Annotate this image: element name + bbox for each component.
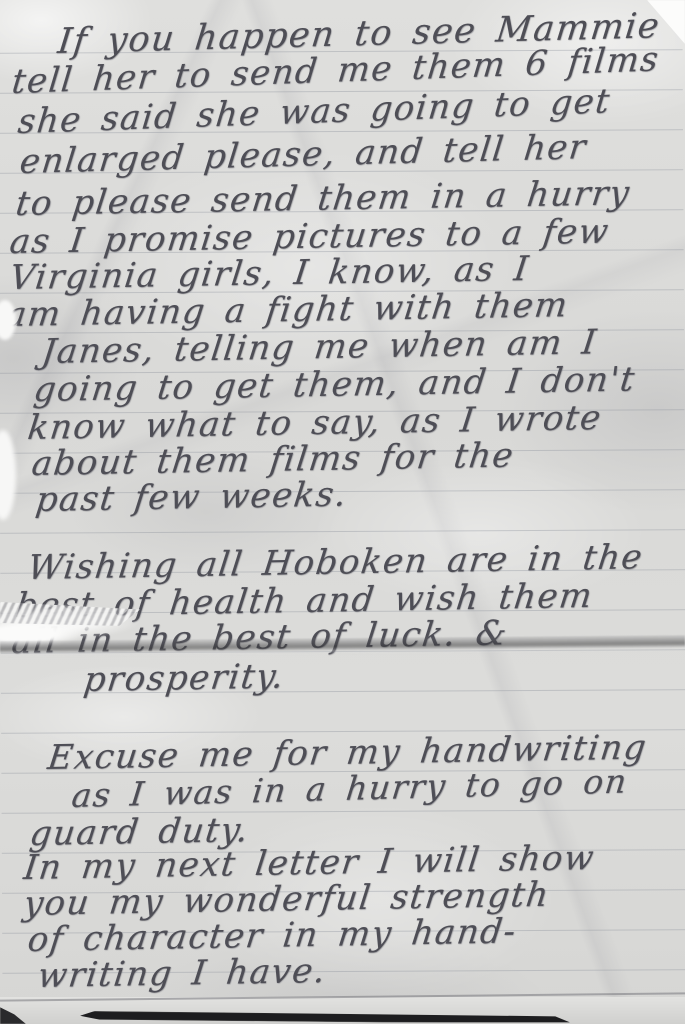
handwritten-line: prosperity. xyxy=(82,656,288,700)
handwritten-line: past few weeks. xyxy=(34,475,350,521)
handwritten-line: writing I have. xyxy=(36,951,329,996)
letter-scan: If you happen to see Mammietell her to s… xyxy=(0,0,685,1024)
